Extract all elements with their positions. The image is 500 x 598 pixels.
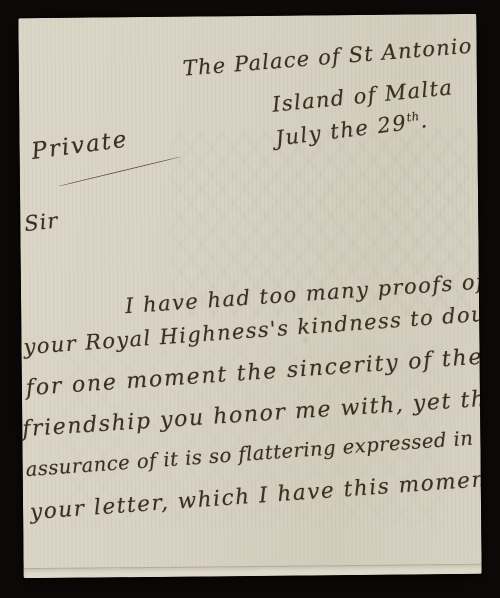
private-underline-flourish	[58, 156, 181, 186]
date-punctuation: .	[419, 108, 430, 133]
page-bottom-edge	[24, 564, 482, 578]
photo-background: The Palace of St Antonio Island of Malta…	[0, 0, 500, 598]
private-annotation: Private	[30, 126, 130, 165]
letterhead-line-1: The Palace of St Antonio	[182, 34, 473, 81]
salutation: Sir	[23, 208, 60, 236]
letter-paper: The Palace of St Antonio Island of Malta…	[18, 14, 481, 578]
